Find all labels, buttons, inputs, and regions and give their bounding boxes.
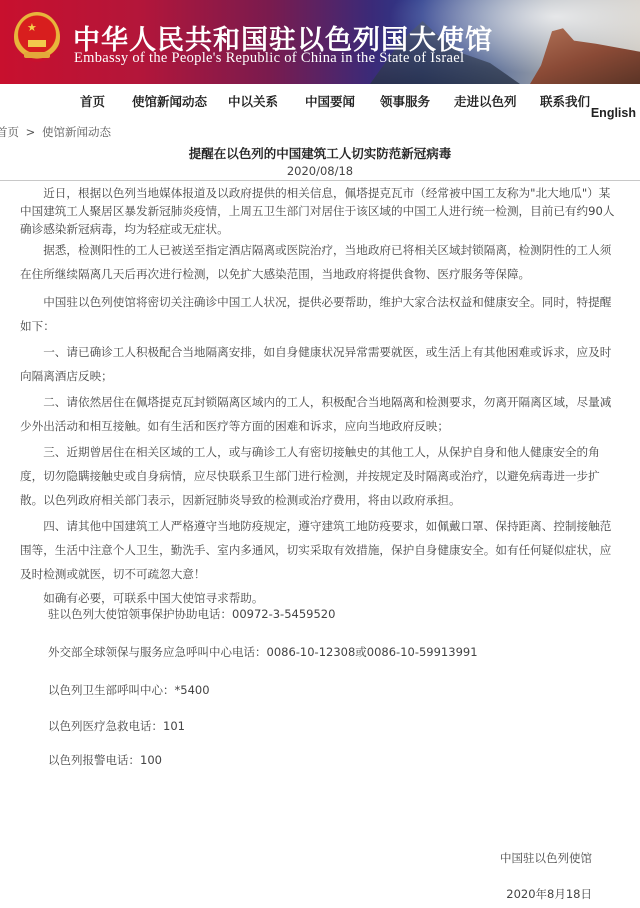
article-title: 提醒在以色列的中国建筑工人切实防范新冠病毒 [0, 144, 640, 162]
paragraph: 二、请依然居住在佩塔提克瓦封锁隔离区域内的工人，积极配合当地隔离和检测要求，勿离… [20, 390, 620, 438]
site-title-en: Embassy of the People's Republic of Chin… [74, 50, 464, 67]
nav-item-china-israel-relations[interactable]: 中以关系 [228, 92, 278, 110]
breadcrumb-current[interactable]: 使馆新闻动态 [42, 125, 111, 139]
nav-item-contact-us[interactable]: 联系我们 [540, 92, 590, 110]
contact-health-ministry: 以色列卫生部呼叫中心：*5400 [48, 682, 210, 698]
paragraph: 四、请其他中国建筑工人严格遵守当地防疫规定，遵守建筑工地防疫要求，如佩戴口罩、保… [20, 514, 620, 586]
paragraph: 近日，根据以色列当地媒体报道及以政府提供的相关信息，佩塔提克瓦市（经常被中国工友… [20, 184, 620, 238]
paragraph: 一、请已确诊工人积极配合当地隔离安排，如自身健康状况异常需要就医，或生活上有其他… [20, 340, 620, 388]
breadcrumb-separator: > [26, 125, 36, 139]
breadcrumb-home[interactable]: 首页 [0, 125, 19, 139]
article-body: 近日，根据以色列当地媒体报道及以政府提供的相关信息，佩塔提克瓦市（经常被中国工友… [20, 184, 620, 610]
nav-item-china-news[interactable]: 中国要闻 [305, 92, 355, 110]
english-link[interactable]: English [591, 106, 636, 120]
contact-mfa-hotline: 外交部全球领保与服务应急呼叫中心电话：0086-10-12308或0086-10… [48, 644, 478, 660]
tiananmen-icon [28, 40, 46, 47]
contact-embassy-hotline: 驻以色列大使馆领事保护协助电话：00972-3-5459520 [48, 606, 335, 622]
nav-item-home[interactable]: 首页 [80, 92, 105, 110]
star-icon: ★ [27, 22, 37, 33]
contact-police: 以色列报警电话：100 [48, 752, 162, 768]
national-emblem-icon: ★ [14, 12, 60, 62]
nav-item-embassy-news[interactable]: 使馆新闻动态 [132, 92, 207, 110]
paragraph: 中国驻以色列使馆将密切关注确诊中国工人状况，提供必要帮助，维护大家合法权益和健康… [20, 290, 620, 338]
nav-item-about-israel[interactable]: 走进以色列 [454, 92, 517, 110]
main-nav: 首页 使馆新闻动态 中以关系 中国要闻 领事服务 走进以色列 联系我们 [0, 86, 640, 114]
article-date: 2020/08/18 [0, 164, 640, 178]
paragraph: 据悉，检测阳性的工人已被送至指定酒店隔离或医院治疗，当地政府已将相关区域封锁隔离… [20, 238, 620, 286]
paragraph: 三、近期曾居住在相关区域的工人，或与确诊工人有密切接触史的其他工人，从保护自身和… [20, 440, 620, 512]
nav-item-consular-services[interactable]: 领事服务 [380, 92, 430, 110]
contact-medical-emergency: 以色列医疗急救电话：101 [48, 718, 185, 734]
emblem-ribbon [24, 52, 50, 58]
breadcrumb: 首页 > 使馆新闻动态 [0, 124, 111, 140]
signature-date: 2020年8月18日 [506, 886, 592, 902]
title-divider [0, 180, 640, 181]
header-banner: ★ 中华人民共和国驻以色列国大使馆 Embassy of the People'… [0, 0, 640, 84]
signature: 中国驻以色列使馆 [500, 850, 592, 866]
